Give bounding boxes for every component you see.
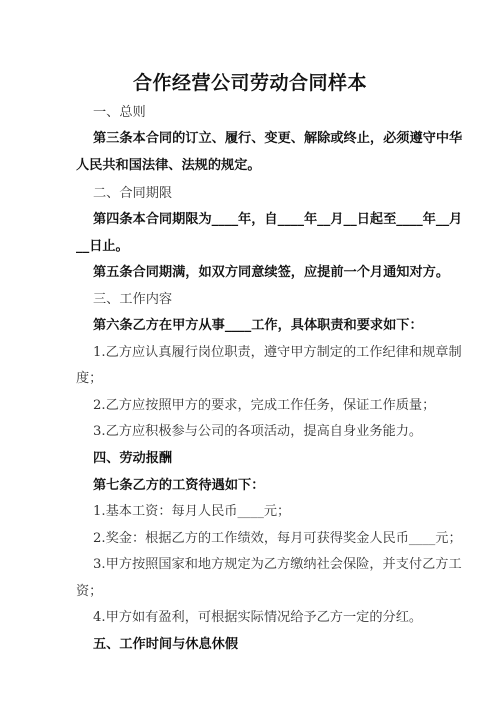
salary-item-4: 4.甲方如有盈利，可根据实际情况给予乙方一定的分红。 bbox=[93, 609, 422, 627]
salary-item-3-line-2: 资； bbox=[76, 583, 102, 601]
article-4-line-2: __日止。 bbox=[76, 238, 129, 256]
section-heading-term: 二、合同期限 bbox=[93, 185, 172, 203]
article-6: 第六条乙方在甲方从事____工作，具体职责和要求如下： bbox=[93, 317, 423, 335]
section-heading-general: 一、总则 bbox=[93, 104, 146, 122]
salary-item-3-line-1: 3.甲方按照国家和地方规定为乙方缴纳社会保险，并支付乙方工 bbox=[93, 556, 462, 574]
duty-item-1-line-2: 度； bbox=[76, 370, 102, 388]
duty-item-1-line-1: 1.乙方应认真履行岗位职责，遵守甲方制定的工作纪律和规章制 bbox=[93, 344, 462, 362]
duty-item-2: 2.乙方应按照甲方的要求，完成工作任务，保证工作质量； bbox=[93, 397, 435, 415]
article-7: 第七条乙方的工资待遇如下： bbox=[93, 477, 264, 495]
salary-item-2: 2.奖金：根据乙方的工作绩效，每月可获得奖金人民币____元； bbox=[93, 530, 462, 548]
section-heading-working-hours: 五、工作时间与休息休假 bbox=[93, 636, 238, 654]
document-page: 合作经营公司劳动合同样本 一、总则 第三条本合同的订立、履行、变更、解除或终止，… bbox=[0, 0, 500, 707]
salary-item-1: 1.基本工资：每月人民币____元； bbox=[93, 503, 290, 521]
duty-item-3: 3.乙方应积极参与公司的各项活动，提高自身业务能力。 bbox=[93, 423, 422, 441]
article-3-line-1: 第三条本合同的订立、履行、变更、解除或终止，必须遵守中华 bbox=[93, 130, 462, 148]
article-3-line-2: 人民共和国法律、法规的规定。 bbox=[76, 157, 261, 175]
document-title: 合作经营公司劳动合同样本 bbox=[0, 68, 500, 95]
section-heading-remuneration: 四、劳动报酬 bbox=[93, 450, 172, 468]
article-5: 第五条合同期满，如双方同意续签，应提前一个月通知对方。 bbox=[93, 264, 449, 282]
section-heading-work-content: 三、工作内容 bbox=[93, 291, 172, 309]
article-4-line-1: 第四条本合同期限为____年，自____年__月__日起至____年__月 bbox=[93, 211, 462, 229]
